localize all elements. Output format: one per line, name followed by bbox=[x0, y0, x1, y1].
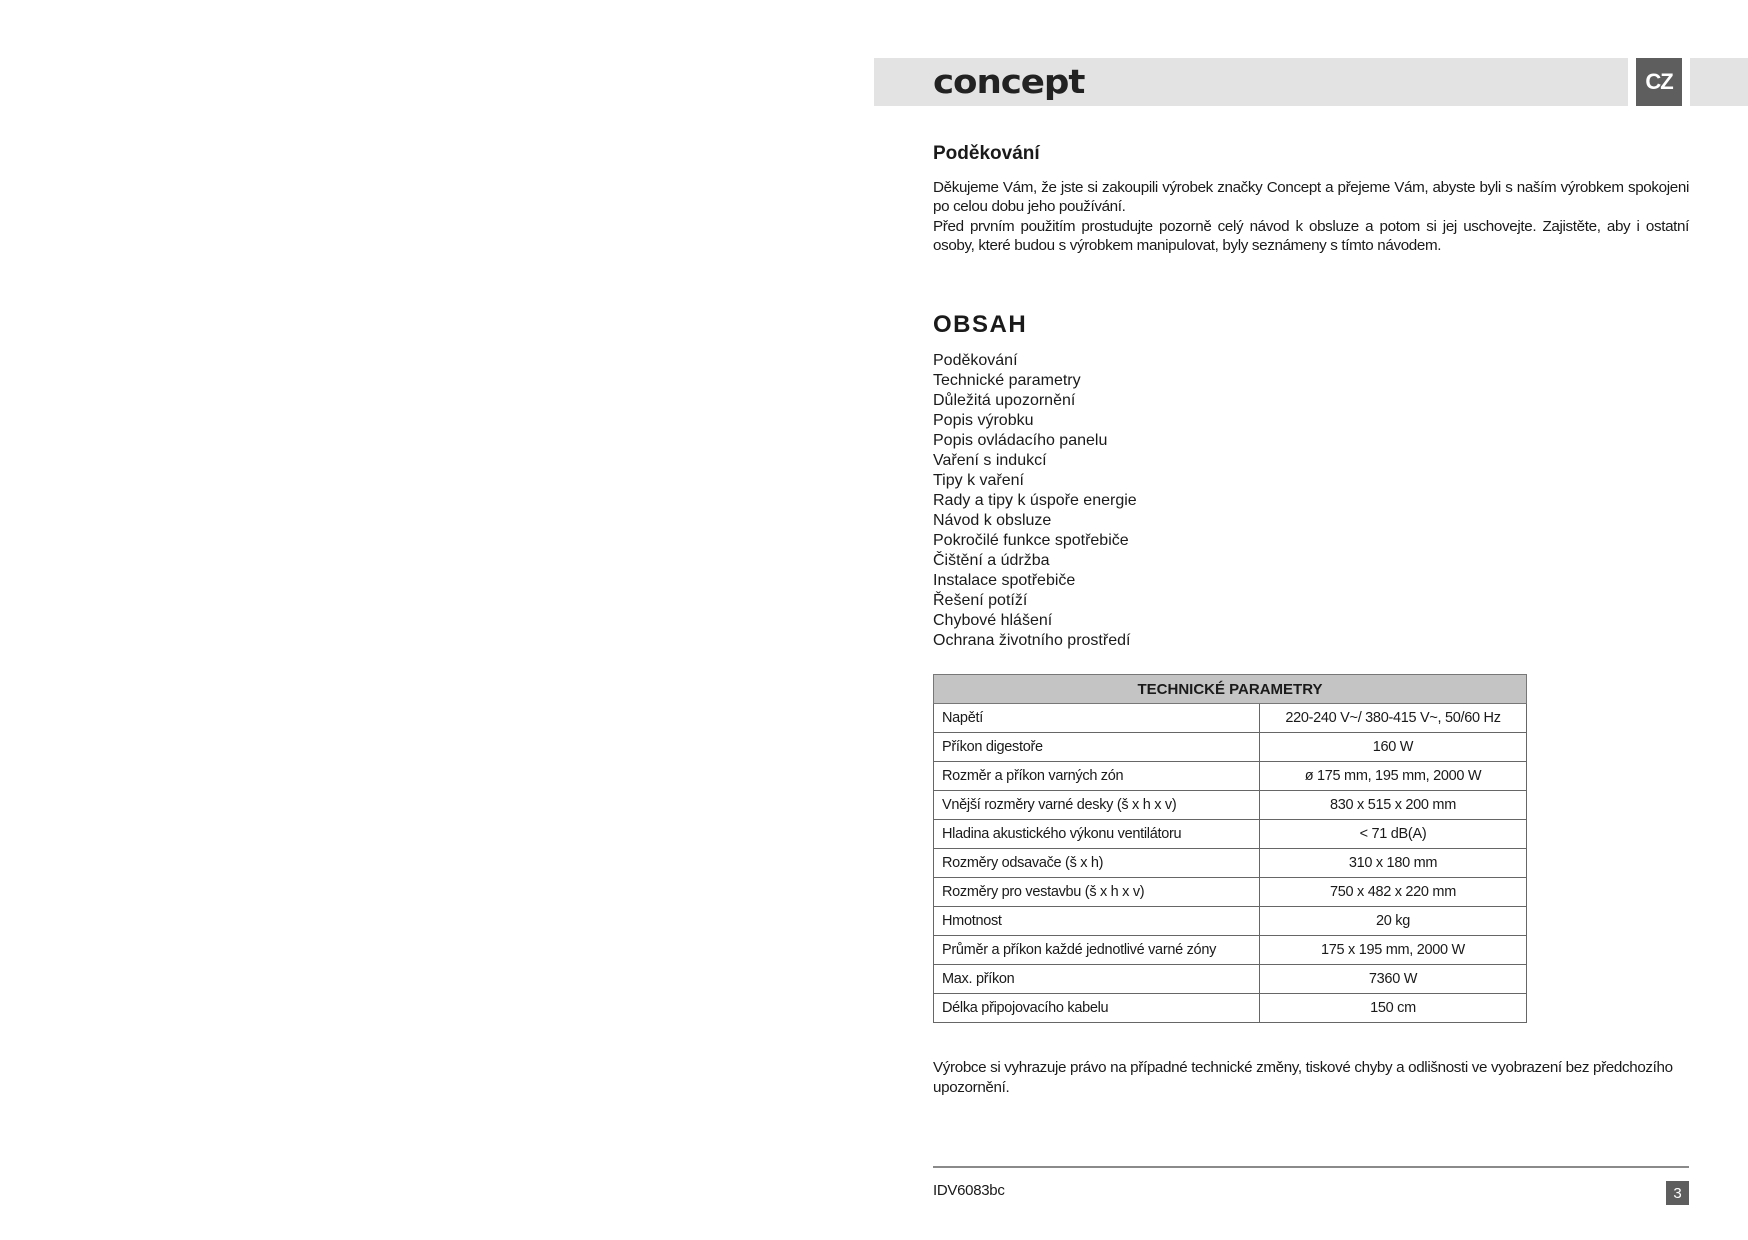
header-bar: concept bbox=[874, 58, 1628, 106]
toc-item: Instalace spotřebiče bbox=[933, 571, 1689, 591]
parameter-name: Max. příkon bbox=[934, 965, 1260, 994]
table-row: Hladina akustického výkonu ventilátoru< … bbox=[934, 820, 1527, 849]
toc-item: Pokročilé funkce spotřebiče bbox=[933, 531, 1689, 551]
toc-item: Technické parametry bbox=[933, 371, 1689, 391]
parameter-name: Rozměr a příkon varných zón bbox=[934, 762, 1260, 791]
thanks-paragraph: Děkujeme Vám, že jste si zakoupili výrob… bbox=[933, 178, 1689, 217]
parameter-name: Rozměry pro vestavbu (š x h x v) bbox=[934, 878, 1260, 907]
parameter-value: 20 kg bbox=[1260, 907, 1527, 936]
table-row: Hmotnost20 kg bbox=[934, 907, 1527, 936]
table-row: Vnější rozměry varné desky (š x h x v)83… bbox=[934, 791, 1527, 820]
toc-item: Návod k obsluze bbox=[933, 511, 1689, 531]
table-row: Rozměr a příkon varných zónø 175 mm, 195… bbox=[934, 762, 1527, 791]
parameter-value: ø 175 mm, 195 mm, 2000 W bbox=[1260, 762, 1527, 791]
toc-item: Čištění a údržba bbox=[933, 551, 1689, 571]
parameter-value: 750 x 482 x 220 mm bbox=[1260, 878, 1527, 907]
footer-divider bbox=[933, 1166, 1689, 1168]
table-row: Délka připojovacího kabelu150 cm bbox=[934, 994, 1527, 1023]
blank-left-page bbox=[0, 0, 874, 1240]
toc-item: Důležitá upozornění bbox=[933, 391, 1689, 411]
technical-parameters-table: TECHNICKÉ PARAMETRY Napětí220-240 V~/ 38… bbox=[933, 674, 1527, 1023]
table-row: Příkon digestoře160 W bbox=[934, 733, 1527, 762]
parameter-name: Hladina akustického výkonu ventilátoru bbox=[934, 820, 1260, 849]
parameter-value: 830 x 515 x 200 mm bbox=[1260, 791, 1527, 820]
table-row: Napětí220-240 V~/ 380-415 V~, 50/60 Hz bbox=[934, 704, 1527, 733]
thanks-heading: Poděkování bbox=[933, 143, 1689, 165]
parameter-value: 7360 W bbox=[1260, 965, 1527, 994]
thanks-body: Děkujeme Vám, že jste si zakoupili výrob… bbox=[933, 178, 1689, 256]
table-row: Max. příkon7360 W bbox=[934, 965, 1527, 994]
parameter-value: 175 x 195 mm, 2000 W bbox=[1260, 936, 1527, 965]
parameter-value: 150 cm bbox=[1260, 994, 1527, 1023]
toc-item: Řešení potíží bbox=[933, 591, 1689, 611]
toc-item: Ochrana životního prostředí bbox=[933, 631, 1689, 651]
parameter-name: Napětí bbox=[934, 704, 1260, 733]
toc-item: Poděkování bbox=[933, 351, 1689, 371]
header-bar-end bbox=[1690, 58, 1748, 106]
toc-item: Popis výrobku bbox=[933, 411, 1689, 431]
toc-item: Rady a tipy k úspoře energie bbox=[933, 491, 1689, 511]
model-number: IDV6083bc bbox=[933, 1182, 1005, 1199]
parameter-name: Délka připojovacího kabelu bbox=[934, 994, 1260, 1023]
table-row: Rozměry pro vestavbu (š x h x v)750 x 48… bbox=[934, 878, 1527, 907]
disclaimer: Výrobce si vyhrazuje právo na případné t… bbox=[933, 1058, 1689, 1098]
brand-logo: concept bbox=[933, 60, 1084, 104]
parameter-value: 160 W bbox=[1260, 733, 1527, 762]
language-badge: CZ bbox=[1636, 58, 1682, 106]
toc-item: Tipy k vaření bbox=[933, 471, 1689, 491]
parameter-name: Hmotnost bbox=[934, 907, 1260, 936]
parameter-name: Vnější rozměry varné desky (š x h x v) bbox=[934, 791, 1260, 820]
parameter-value: < 71 dB(A) bbox=[1260, 820, 1527, 849]
table-of-contents: PoděkováníTechnické parametryDůležitá up… bbox=[933, 351, 1689, 651]
toc-heading: OBSAH bbox=[933, 311, 1689, 339]
parameter-name: Příkon digestoře bbox=[934, 733, 1260, 762]
toc-item: Chybové hlášení bbox=[933, 611, 1689, 631]
parameter-value: 310 x 180 mm bbox=[1260, 849, 1527, 878]
toc-item: Popis ovládacího panelu bbox=[933, 431, 1689, 451]
parameter-value: 220-240 V~/ 380-415 V~, 50/60 Hz bbox=[1260, 704, 1527, 733]
parameter-name: Průměr a příkon každé jednotlivé varné z… bbox=[934, 936, 1260, 965]
thanks-paragraph: Před prvním použitím prostudujte pozorně… bbox=[933, 217, 1689, 256]
page-number: 3 bbox=[1666, 1181, 1689, 1205]
toc-item: Vaření s indukcí bbox=[933, 451, 1689, 471]
table-row: Rozměry odsavače (š x h)310 x 180 mm bbox=[934, 849, 1527, 878]
table-title: TECHNICKÉ PARAMETRY bbox=[934, 675, 1527, 704]
table-row: Průměr a příkon každé jednotlivé varné z… bbox=[934, 936, 1527, 965]
parameter-name: Rozměry odsavače (š x h) bbox=[934, 849, 1260, 878]
